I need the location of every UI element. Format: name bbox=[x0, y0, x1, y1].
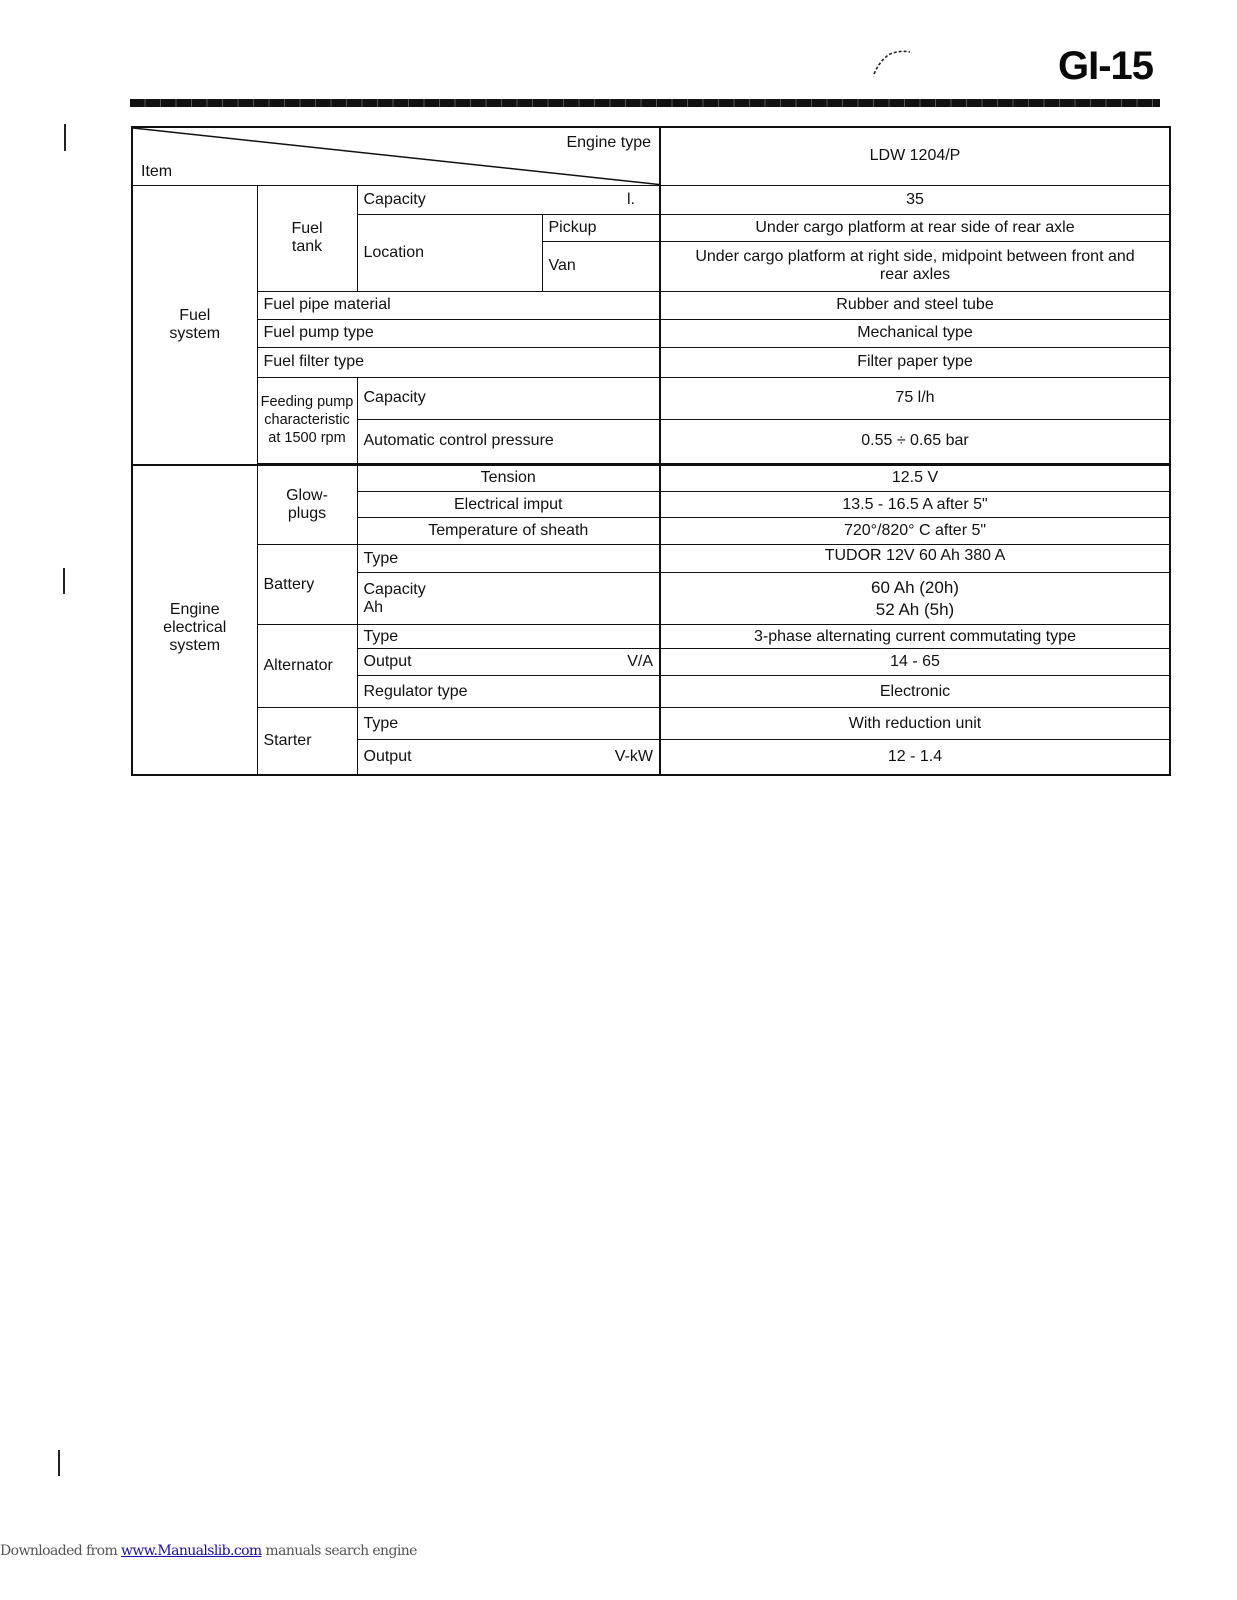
capacity-20h: 60 Ah (20h) bbox=[667, 577, 1163, 599]
starter-label: Starter bbox=[257, 708, 357, 775]
capacity-label: Capacity bbox=[364, 581, 654, 599]
pen-mark-decoration bbox=[870, 46, 920, 76]
margin-mark bbox=[63, 568, 65, 594]
alternator-type-label: Type bbox=[357, 625, 660, 649]
margin-mark bbox=[58, 1450, 60, 1476]
engine-electrical-label: Engine electrical system bbox=[132, 465, 257, 775]
engine-type-label: Engine type bbox=[566, 134, 651, 152]
manualslib-link[interactable]: www.Manualslib.com bbox=[121, 1543, 262, 1559]
specifications-table: Engine type Item LDW 1204/P Fuel system … bbox=[131, 126, 1171, 776]
sheath-temperature-value: 720°/820° C after 5" bbox=[660, 518, 1170, 545]
glow-tension-value: 12.5 V bbox=[660, 465, 1170, 492]
header-diagonal-cell: Engine type Item bbox=[132, 127, 660, 185]
control-pressure-label: Automatic control pressure bbox=[357, 419, 660, 463]
item-label: Item bbox=[141, 163, 172, 181]
fuel-tank-location-label: Location bbox=[357, 214, 542, 291]
starter-type-label: Type bbox=[357, 708, 660, 740]
alternator-output-label: Output V/A bbox=[357, 649, 660, 676]
page-number: GI-15 bbox=[1058, 44, 1153, 89]
starter-output-value: 12 - 1.4 bbox=[660, 740, 1170, 775]
engine-model: LDW 1204/P bbox=[660, 127, 1170, 185]
capacity-label: Capacity bbox=[364, 191, 426, 208]
pickup-location-value: Under cargo platform at rear side of rea… bbox=[660, 214, 1170, 241]
footer-prefix: Downloaded from bbox=[0, 1543, 121, 1559]
starter-output-label: Output V-kW bbox=[357, 740, 660, 775]
sheath-temperature-label: Temperature of sheath bbox=[357, 518, 660, 545]
unit-label: Ah bbox=[364, 599, 654, 617]
feeding-pump-capacity-value: 75 l/h bbox=[660, 377, 1170, 419]
control-pressure-value: 0.55 ÷ 0.65 bar bbox=[660, 419, 1170, 463]
fuel-filter-type-value: Filter paper type bbox=[660, 347, 1170, 377]
glow-plugs-label: Glow-plugs bbox=[257, 465, 357, 545]
glow-input-label: Electrical imput bbox=[357, 492, 660, 518]
fuel-tank-label: Fuel tank bbox=[257, 185, 357, 291]
unit-label: V/A bbox=[627, 653, 653, 671]
pickup-label: Pickup bbox=[542, 214, 660, 241]
download-footer: Downloaded from www.Manualslib.com manua… bbox=[0, 1543, 417, 1559]
fuel-pipe-material-label: Fuel pipe material bbox=[257, 291, 660, 319]
fuel-pipe-material-value: Rubber and steel tube bbox=[660, 291, 1170, 319]
fuel-pump-type-value: Mechanical type bbox=[660, 319, 1170, 347]
capacity-5h: 52 Ah (5h) bbox=[667, 599, 1163, 621]
glow-tension-label: Tension bbox=[357, 465, 660, 492]
battery-capacity-value: 60 Ah (20h) 52 Ah (5h) bbox=[660, 573, 1170, 625]
fuel-pump-type-label: Fuel pump type bbox=[257, 319, 660, 347]
margin-mark bbox=[64, 124, 66, 151]
starter-type-value: With reduction unit bbox=[660, 708, 1170, 740]
fuel-tank-capacity-label: Capacity l. bbox=[357, 185, 660, 214]
feeding-pump-label: Feeding pump characteristic at 1500 rpm bbox=[257, 377, 357, 463]
unit-label: l. bbox=[627, 191, 635, 209]
alternator-type-value: 3-phase alternating current commutating … bbox=[660, 625, 1170, 649]
van-label: Van bbox=[542, 241, 660, 291]
fuel-system-label: Fuel system bbox=[132, 185, 257, 465]
header-rule bbox=[130, 99, 1160, 107]
unit-label: V-kW bbox=[615, 748, 653, 766]
regulator-type-label: Regulator type bbox=[357, 676, 660, 708]
battery-type-label: Type bbox=[357, 545, 660, 573]
alternator-output-value: 14 - 65 bbox=[660, 649, 1170, 676]
battery-capacity-label: Capacity Ah bbox=[357, 573, 660, 625]
output-label: Output bbox=[364, 653, 412, 670]
battery-type-value: TUDOR 12V 60 Ah 380 A bbox=[660, 545, 1170, 573]
output-label: Output bbox=[364, 748, 412, 765]
feeding-pump-capacity-label: Capacity bbox=[357, 377, 660, 419]
fuel-filter-type-label: Fuel filter type bbox=[257, 347, 660, 377]
van-location-value: Under cargo platform at right side, midp… bbox=[660, 241, 1170, 291]
footer-suffix: manuals search engine bbox=[262, 1543, 417, 1559]
fuel-tank-capacity-value: 35 bbox=[660, 185, 1170, 214]
regulator-type-value: Electronic bbox=[660, 676, 1170, 708]
battery-label: Battery bbox=[257, 545, 357, 625]
alternator-label: Alternator bbox=[257, 625, 357, 708]
glow-input-value: 13.5 - 16.5 A after 5" bbox=[660, 492, 1170, 518]
